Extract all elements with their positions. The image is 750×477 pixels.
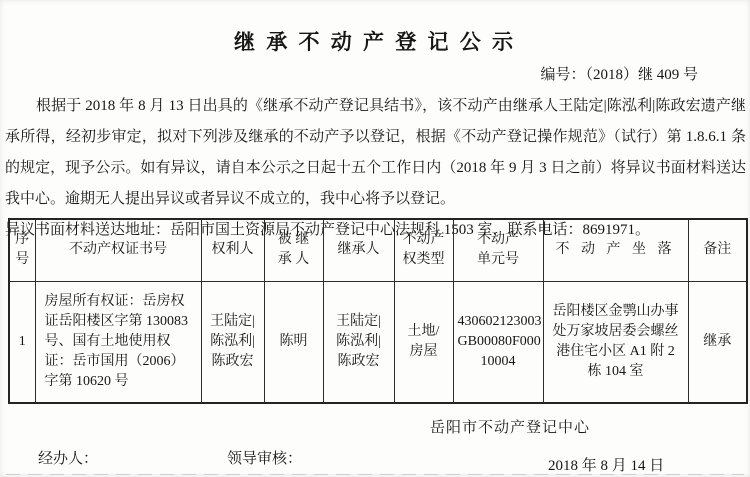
- cell-seq: 1: [9, 281, 35, 403]
- cell-heir: 王陆定| 陈泓利| 陈政宏: [323, 281, 394, 403]
- col-header-location: 不 动 产 坐 落: [543, 219, 688, 281]
- document-page: 继 承 不 动 产 登 记 公 示 编号：（2018）继 409 号 根据于 2…: [0, 0, 750, 477]
- cell-location: 岳阳楼区金鹗山办事处万家坡居委会螺丝港住宅小区 A1 附 2 栋 104 室: [543, 281, 688, 403]
- cell-cert-no: 房屋所有权证：岳房权证岳阳楼区字第 130083 号、国有土地使用权证：岳市国用…: [35, 281, 201, 403]
- col-header-cert-no: 不动产权证书号: [35, 219, 201, 281]
- col-header-decedent: 被 继 承 人: [264, 219, 323, 281]
- issuing-org-name: 岳阳市不动产登记中心: [430, 416, 590, 437]
- cell-remark: 继承: [688, 281, 747, 403]
- handler-signature-label: 经办人：: [38, 447, 98, 468]
- cell-decedent: 陈明: [264, 281, 323, 403]
- property-registration-table: 序 号 不动产权证书号 权利人 被 继 承 人 继承人 不动产 权类型 不动产 …: [8, 218, 748, 404]
- document-date: 2018 年 8 月 14 日: [548, 454, 664, 475]
- cell-unit-no: 430602123003 GB00080F000 10004: [453, 281, 543, 403]
- col-header-remark: 备注: [688, 219, 747, 281]
- reviewer-signature-label: 领导审核：: [227, 447, 302, 468]
- page-title: 继 承 不 动 产 登 记 公 示: [0, 26, 750, 56]
- col-header-unit-no: 不动产 单元号: [453, 219, 543, 281]
- cell-property-type: 土地/ 房屋: [394, 281, 453, 403]
- scan-artifact-line: [6, 474, 744, 475]
- table-row: 1 房屋所有权证：岳房权证岳阳楼区字第 130083 号、国有土地使用权证：岳市…: [9, 281, 747, 403]
- announcement-paragraph: 根据于 2018 年 8 月 13 日出具的《继承不动产登记具结书》，该不动产由…: [5, 91, 746, 215]
- col-header-seq: 序 号: [9, 219, 35, 281]
- col-header-heir: 继承人: [323, 219, 394, 281]
- col-header-property-type: 不动产 权类型: [394, 219, 453, 281]
- cell-right-holder: 王陆定| 陈泓利| 陈政宏: [201, 281, 264, 403]
- doc-number: 编号：（2018）继 409 号: [540, 63, 698, 84]
- col-header-right-holder: 权利人: [201, 219, 264, 281]
- table-header-row: 序 号 不动产权证书号 权利人 被 继 承 人 继承人 不动产 权类型 不动产 …: [9, 219, 747, 281]
